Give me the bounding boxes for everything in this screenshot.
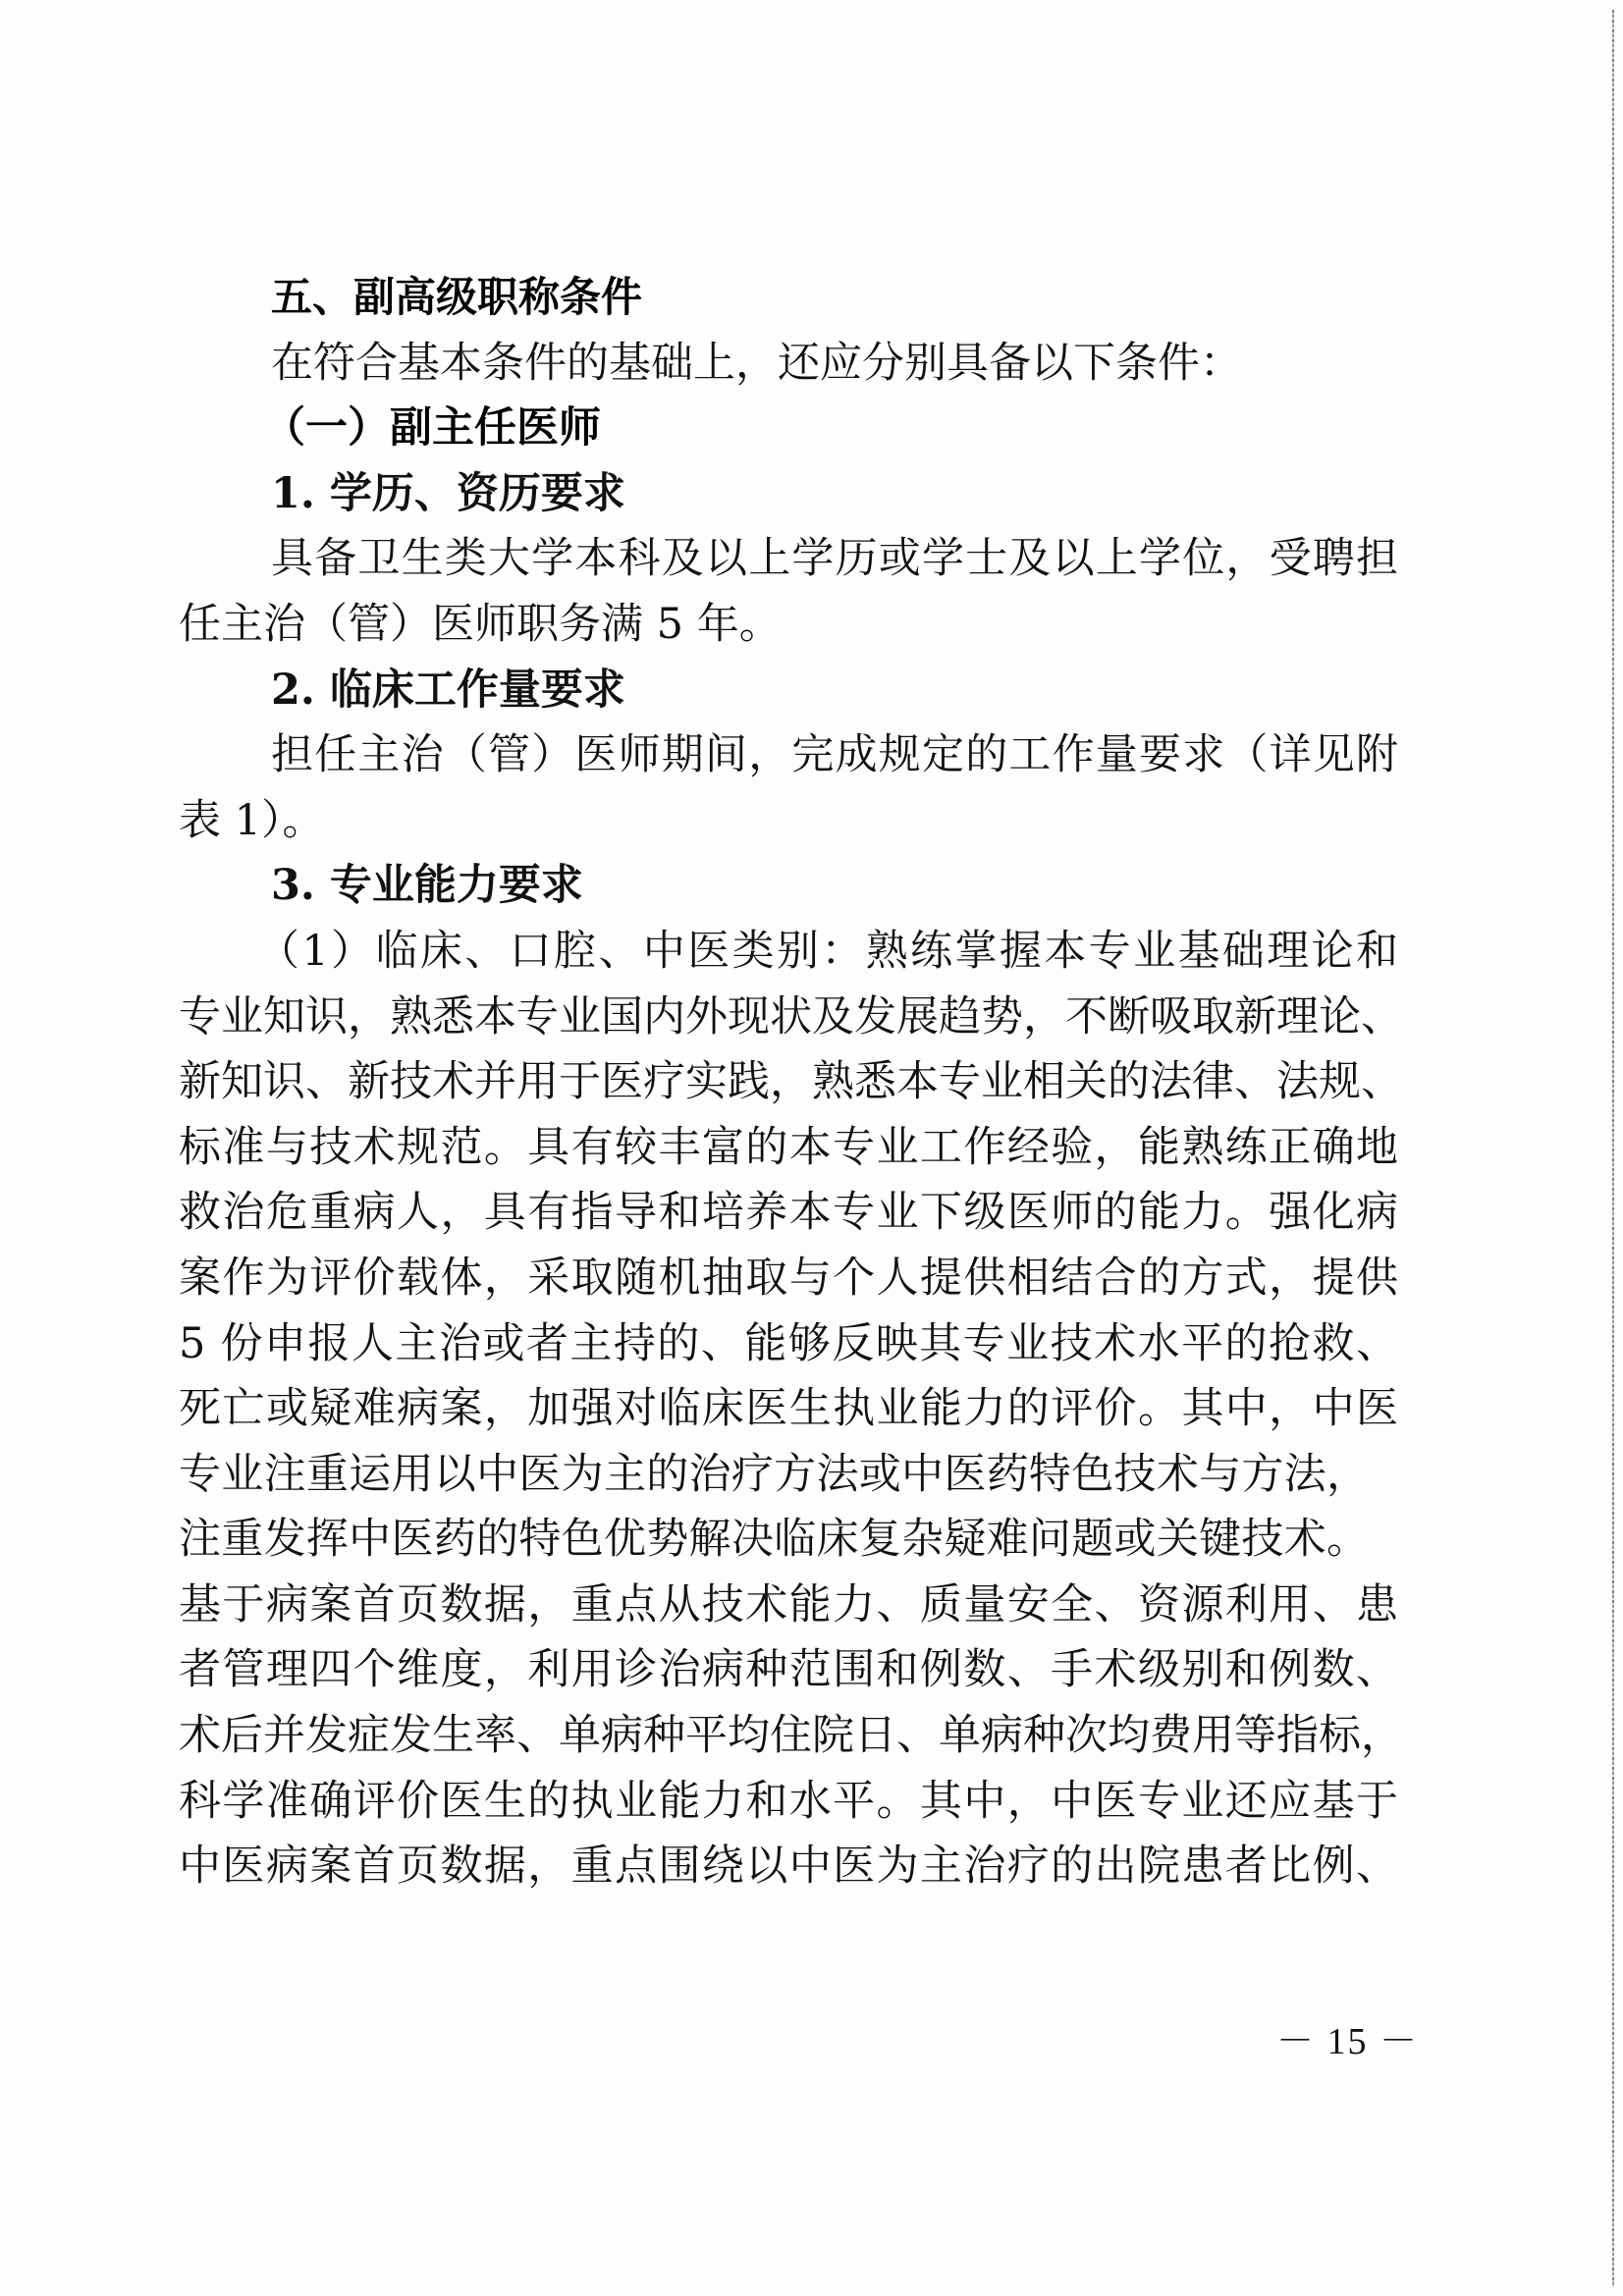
- subsection-heading: （一）副主任医师: [179, 396, 1398, 461]
- section-heading: 五、副高级职称条件: [179, 265, 1398, 331]
- paragraph-line: 死亡或疑难病案，加强对临床医生执业能力的评价。其中，中医: [179, 1376, 1398, 1442]
- paragraph-line: 案作为评价载体，采取随机抽取与个人提供相结合的方式，提供: [179, 1246, 1398, 1311]
- document-page: 五、副高级职称条件 在符合基本条件的基础上，还应分别具备以下条件： （一）副主任…: [0, 0, 1623, 2296]
- paragraph-line: 具备卫生类大学本科及以上学历或学士及以上学位，受聘担: [179, 526, 1398, 592]
- paragraph-line: 者管理四个维度，利用诊治病种范围和例数、手术级别和例数、: [179, 1637, 1398, 1703]
- paragraph-line: 担任主治（管）医师期间，完成规定的工作量要求（详见附: [179, 722, 1398, 788]
- paragraph-line: 表 1）。: [179, 788, 1398, 854]
- paragraph-line: 专业知识，熟悉本专业国内外现状及发展趋势，不断吸取新理论、: [179, 985, 1398, 1050]
- paragraph-line: 救治危重病人，具有指导和培养本专业下级医师的能力。强化病: [179, 1180, 1398, 1246]
- paragraph-line: 术后并发症发生率、单病种平均住院日、单病种次均费用等指标，: [179, 1703, 1398, 1769]
- intro-paragraph: 在符合基本条件的基础上，还应分别具备以下条件：: [179, 331, 1398, 397]
- paragraph-line: 基于病案首页数据，重点从技术能力、质量安全、资源利用、患: [179, 1573, 1398, 1638]
- paragraph-line: 标准与技术规范。具有较丰富的本专业工作经验，能熟练正确地: [179, 1115, 1398, 1181]
- page-number: － 15 －: [1276, 2010, 1404, 2064]
- paragraph-line: 5 份申报人主治或者主持的、能够反映其专业技术水平的抢救、: [179, 1311, 1398, 1377]
- paragraph-line: 专业注重运用以中医为主的治疗方法或中医药特色技术与方法，: [179, 1442, 1369, 1508]
- item-heading: 3. 专业能力要求: [179, 853, 1398, 919]
- item-professional-ability: 3. 专业能力要求 （1）临床、口腔、中医类别：熟练掌握本专业基础理论和 专业知…: [179, 853, 1398, 1899]
- scan-edge-line: [1612, 10, 1614, 2287]
- item-workload: 2. 临床工作量要求 担任主治（管）医师期间，完成规定的工作量要求（详见附 表 …: [179, 658, 1398, 854]
- page-content: 五、副高级职称条件 在符合基本条件的基础上，还应分别具备以下条件： （一）副主任…: [179, 265, 1398, 1899]
- item-heading: 1. 学历、资历要求: [179, 461, 1398, 527]
- paragraph-line: 任主治（管）医师职务满 5 年。: [179, 592, 1398, 658]
- paragraph-line: 中医病案首页数据，重点围绕以中医为主治疗的出院患者比例、: [179, 1834, 1398, 1899]
- paragraph-line: 新知识、新技术并用于医疗实践，熟悉本专业相关的法律、法规、: [179, 1049, 1398, 1115]
- item-heading: 2. 临床工作量要求: [179, 658, 1398, 723]
- item-education: 1. 学历、资历要求 具备卫生类大学本科及以上学历或学士及以上学位，受聘担 任主…: [179, 461, 1398, 658]
- paragraph-line: 注重发挥中医药的特色优势解决临床复杂疑难问题或关键技术。: [179, 1507, 1369, 1573]
- paragraph-line: （1）临床、口腔、中医类别：熟练掌握本专业基础理论和: [179, 919, 1398, 985]
- paragraph-line: 科学准确评价医生的执业能力和水平。其中，中医专业还应基于: [179, 1769, 1398, 1835]
